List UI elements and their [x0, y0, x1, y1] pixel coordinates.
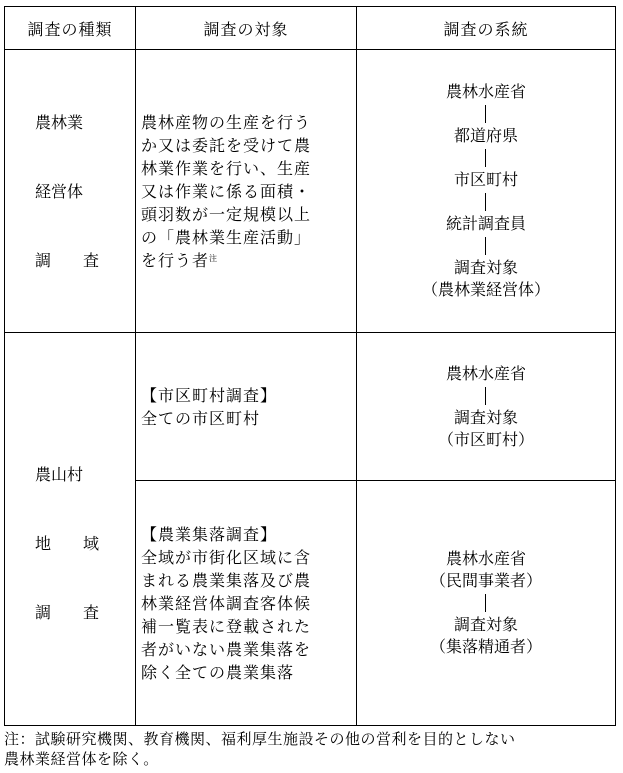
target-line-last: を行う者注 — [141, 249, 311, 272]
flow-node: （市区町村） — [438, 429, 534, 451]
row2a-target-cell: 【市区町村調査】 全ての市区町村 — [135, 332, 357, 481]
row2b-target: 【農業集落調査】 全域が市街化区域に含 まれる農業集落及び農 林業経営体調査客体… — [136, 523, 311, 684]
flow-node: 都道府県 — [454, 125, 518, 147]
type-line: 農山村 — [35, 463, 99, 486]
target-line: 林業経営体調査客体候 — [141, 592, 311, 615]
row2a-flow-cell: 農林水産省 調査対象 （市区町村） — [356, 332, 616, 481]
flow-node: 調査対象 — [454, 257, 518, 279]
target-line: 全域が市街化区域に含 — [141, 546, 311, 569]
row1-type: 農林業 経営体 調 査 — [35, 65, 99, 318]
type-line: 農林業 — [35, 111, 99, 134]
target-line: 頭羽数が一定規模以上 — [141, 203, 311, 226]
target-line: か又は委託を受けて農 — [141, 134, 311, 157]
target-line: まれる農業集落及び農 — [141, 569, 311, 592]
type-line: 調 査 — [35, 249, 99, 272]
target-title: 【農業集落調査】 — [141, 523, 311, 546]
row2b-flow-cell: 農林水産省 （民間事業者） 調査対象 （集落精通者） — [356, 480, 616, 726]
flow-node: 市区町村 — [454, 169, 518, 191]
type-line: 調 査 — [35, 601, 99, 624]
row2a-target: 【市区町村調査】 全ての市区町村 — [136, 384, 277, 430]
flow-node: （集落精通者） — [430, 636, 542, 658]
target-line: 者がいない農業集落を — [141, 638, 311, 661]
row2b-flow: 農林水産省 （民間事業者） 調査対象 （集落精通者） — [430, 548, 542, 658]
flow-node: 農林水産省 — [446, 363, 526, 385]
header-type-label: 調査の種類 — [27, 17, 112, 40]
flow-node: 調査対象 — [454, 407, 518, 429]
target-line: 除く全ての農業集落 — [141, 661, 311, 684]
target-line: 又は作業に係る面積・ — [141, 180, 311, 203]
flow-node: 統計調査員 — [446, 213, 526, 235]
target-line: を行う者 — [141, 251, 209, 270]
row1-type-cell: 農林業 経営体 調 査 — [4, 49, 136, 333]
flow-connector — [485, 193, 486, 211]
flow-node: 農林水産省 — [446, 81, 526, 103]
target-line: 農林産物の生産を行う — [141, 111, 311, 134]
header-target: 調査の対象 — [135, 6, 357, 50]
row2a-flow: 農林水産省 調査対象 （市区町村） — [438, 363, 534, 451]
flow-connector — [485, 149, 486, 167]
footnote-line: 注：試験研究機関、教育機関、福利厚生施設その他の営利を目的としない — [4, 729, 619, 749]
footnote-line: 農林業経営体を除く。 — [4, 749, 619, 769]
row1-target-cell: 農林産物の生産を行う か又は委託を受けて農 林業作業を行い、生産 又は作業に係る… — [135, 49, 357, 333]
target-line: の「農林業生産活動」 — [141, 226, 311, 249]
target-line: 全ての市区町村 — [141, 407, 277, 430]
flow-connector — [485, 387, 486, 405]
row1-flow-cell: 農林水産省 都道府県 市区町村 統計調査員 調査対象 （農林業経営体） — [356, 49, 616, 333]
survey-table: 調査の種類 調査の対象 調査の系統 農林業 経営体 調 査 農林産物の生産を行う… — [4, 6, 616, 726]
flow-node: 調査対象 — [454, 614, 518, 636]
header-flow: 調査の系統 — [356, 6, 616, 50]
target-line: 林業作業を行い、生産 — [141, 157, 311, 180]
row1-flow: 農林水産省 都道府県 市区町村 統計調査員 調査対象 （農林業経営体） — [422, 81, 550, 301]
row1-target: 農林産物の生産を行う か又は委託を受けて農 林業作業を行い、生産 又は作業に係る… — [136, 111, 311, 272]
footnote-marker: 注 — [209, 254, 218, 263]
type-line: 地 域 — [35, 532, 99, 555]
row2-type: 農山村 地 域 調 査 — [35, 417, 99, 670]
target-line: 補一覧表に登載された — [141, 615, 311, 638]
flow-node: （民間事業者） — [430, 570, 542, 592]
flow-node: （農林業経営体） — [422, 279, 550, 301]
header-target-label: 調査の対象 — [203, 17, 288, 40]
flow-node: 農林水産省 — [446, 548, 526, 570]
flow-connector — [485, 594, 486, 612]
flow-connector — [485, 237, 486, 255]
footnote: 注：試験研究機関、教育機関、福利厚生施設その他の営利を目的としない 農林業経営体… — [4, 729, 619, 769]
row2b-target-cell: 【農業集落調査】 全域が市街化区域に含 まれる農業集落及び農 林業経営体調査客体… — [135, 480, 357, 726]
row2-type-cell: 農山村 地 域 調 査 — [4, 332, 136, 726]
flow-connector — [485, 105, 486, 123]
header-flow-label: 調査の系統 — [443, 17, 528, 40]
header-type: 調査の種類 — [4, 6, 136, 50]
type-line: 経営体 — [35, 180, 99, 203]
target-title: 【市区町村調査】 — [141, 384, 277, 407]
